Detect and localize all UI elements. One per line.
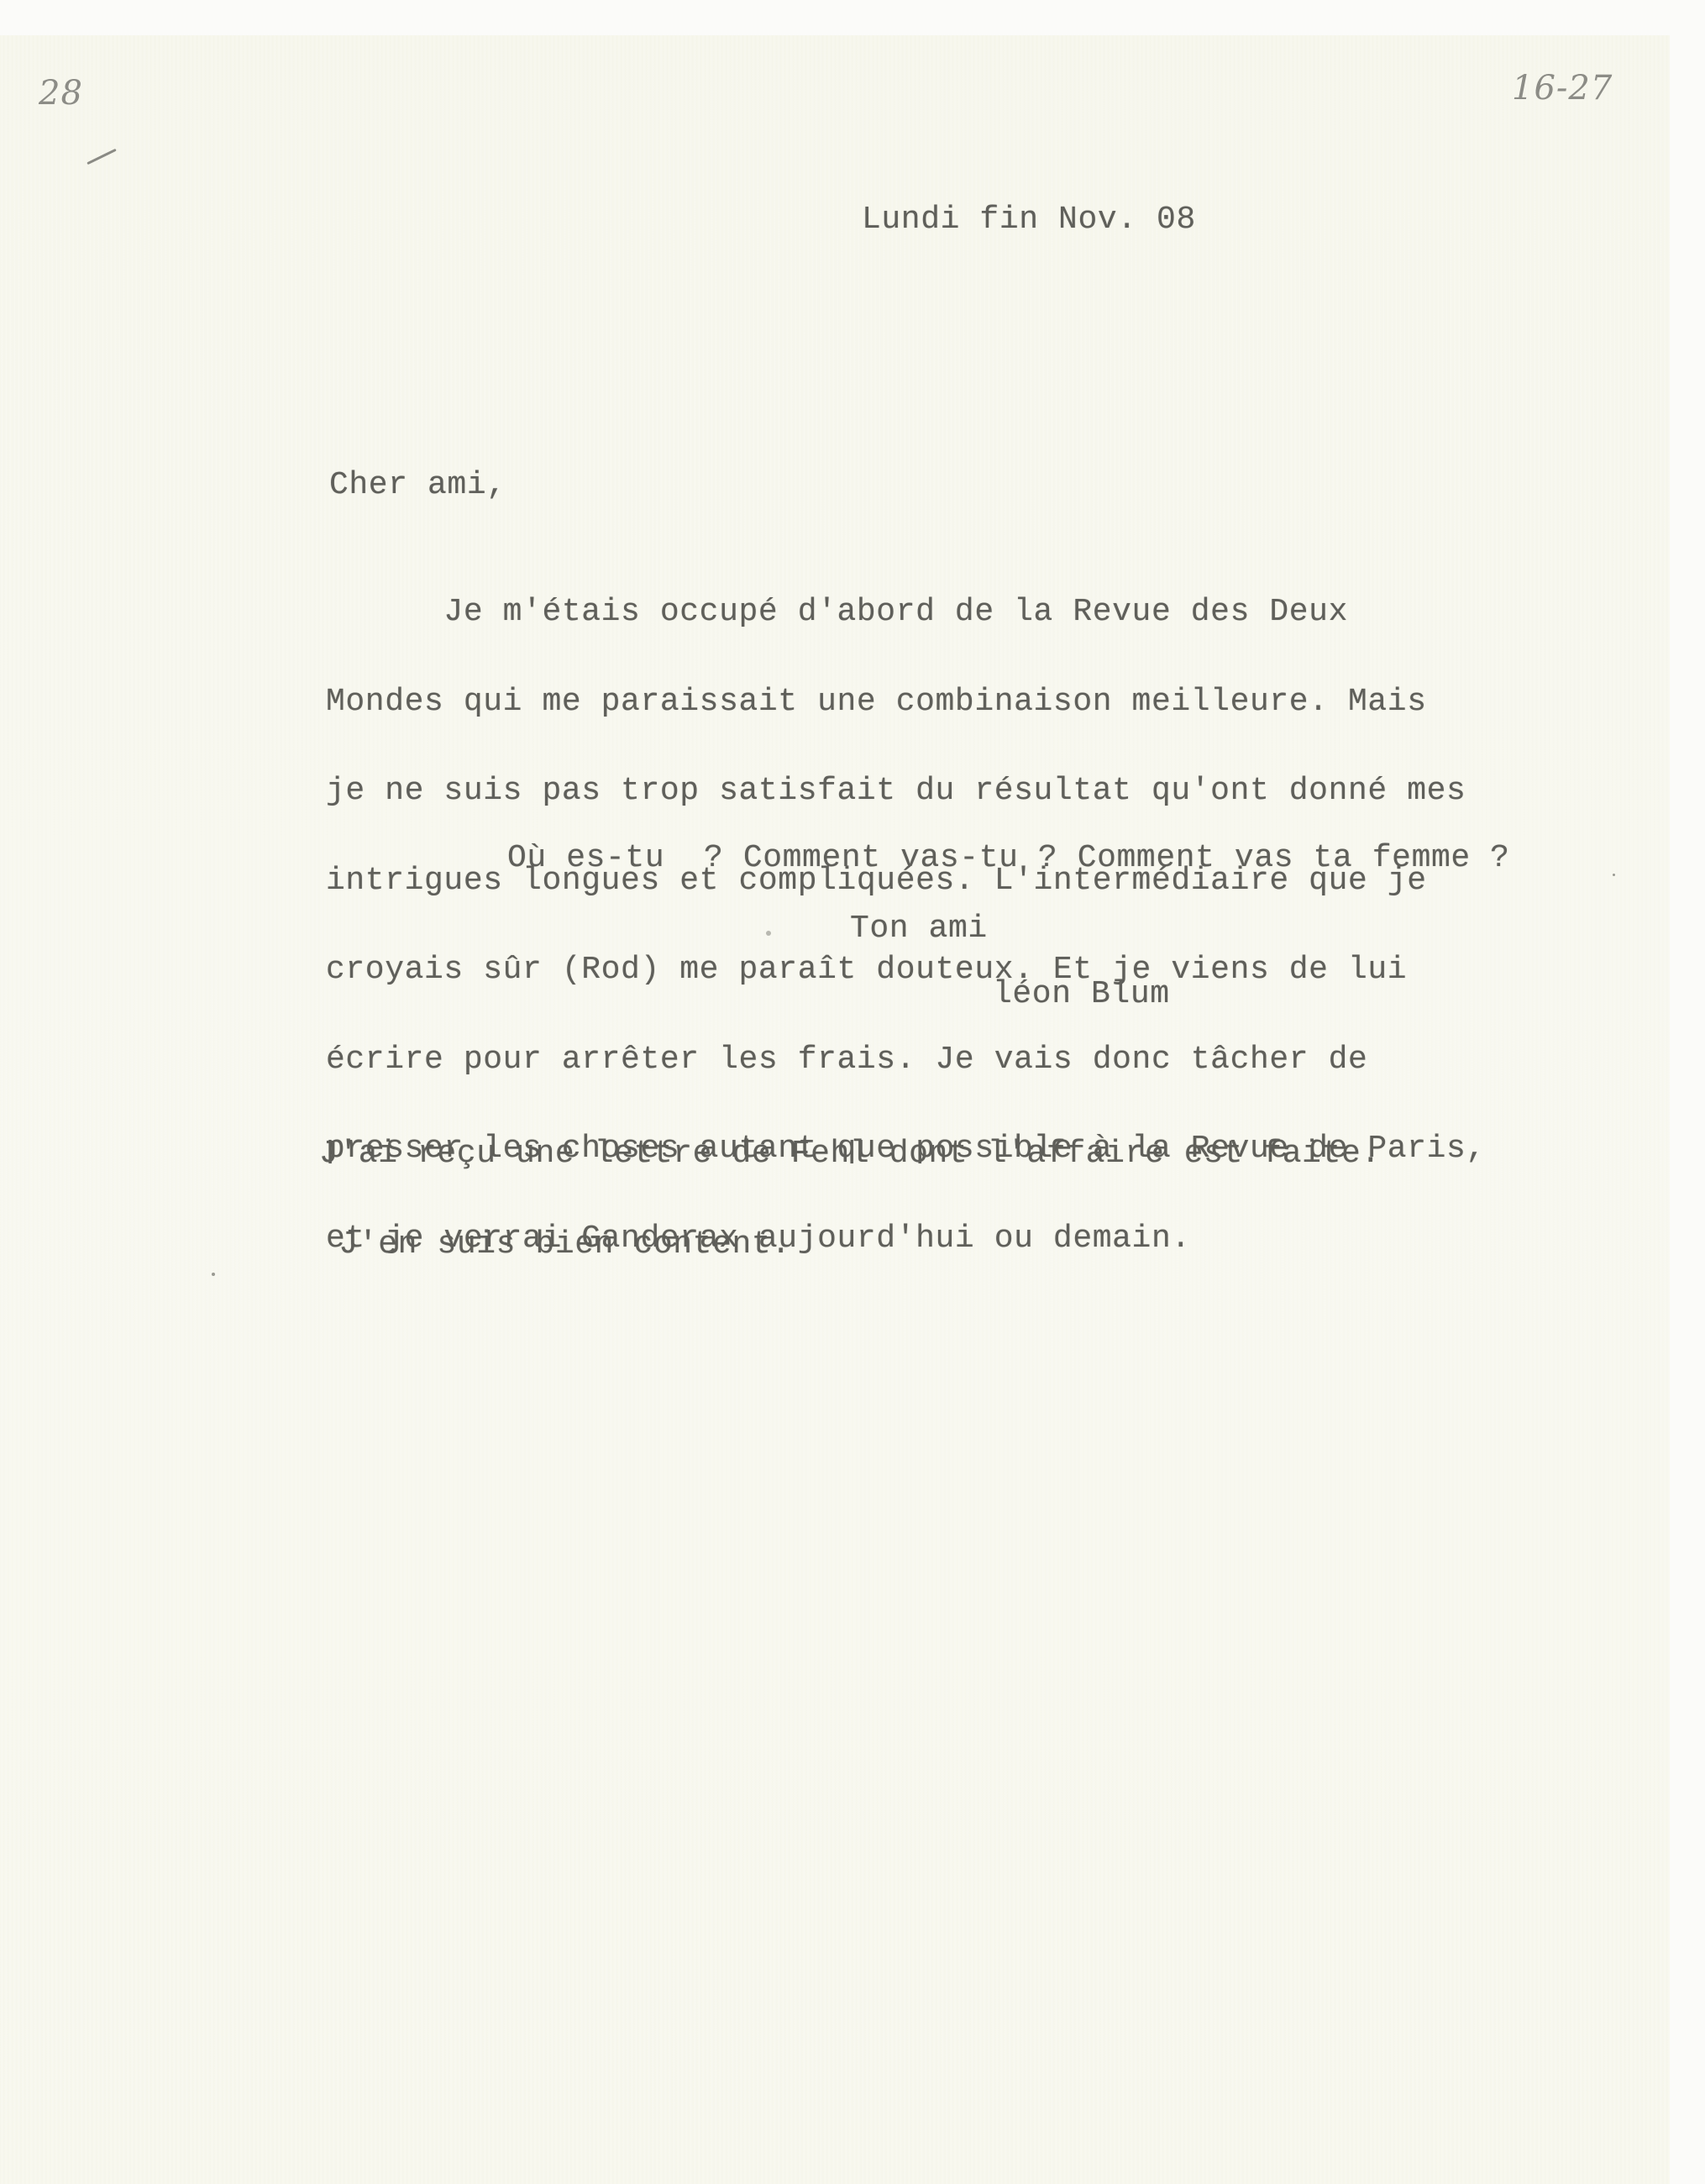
- letter-closing: Ton ami: [850, 911, 988, 947]
- paper-speck: [212, 1273, 215, 1276]
- body-line: je ne suis pas trop satisfait du résulta…: [326, 776, 1486, 806]
- postscript-line: J'ai reçu une lettre de Fehl dont l'affa…: [319, 1139, 1381, 1169]
- body-line: Je m'étais occupé d'abord de la Revue de…: [326, 597, 1486, 627]
- body-line: écrire pour arrêter les frais. Je vais d…: [326, 1045, 1486, 1075]
- letter-questions: Où es-tu ? Comment vas-tu ? Comment vas …: [507, 840, 1510, 876]
- paper-speck: [766, 931, 771, 936]
- pencil-folio-reference: 16-27: [1512, 69, 1613, 108]
- letter-date: Lundi fin Nov. 08: [862, 202, 1196, 238]
- postscript-line: J'en suis bien content.: [319, 1230, 1381, 1260]
- body-line: Mondes qui me paraissait une combinaison…: [326, 687, 1486, 717]
- pencil-page-number: 28: [39, 74, 83, 113]
- body-line: croyais sûr (Rod) me paraît douteux. Et …: [326, 955, 1486, 985]
- letter-postscript: J'ai reçu une lettre de Fehl dont l'affa…: [319, 1079, 1381, 1290]
- letter-signature: léon Blum: [993, 976, 1170, 1012]
- paper-speck: [1613, 874, 1615, 876]
- letter-salutation: Cher ami,: [329, 467, 506, 503]
